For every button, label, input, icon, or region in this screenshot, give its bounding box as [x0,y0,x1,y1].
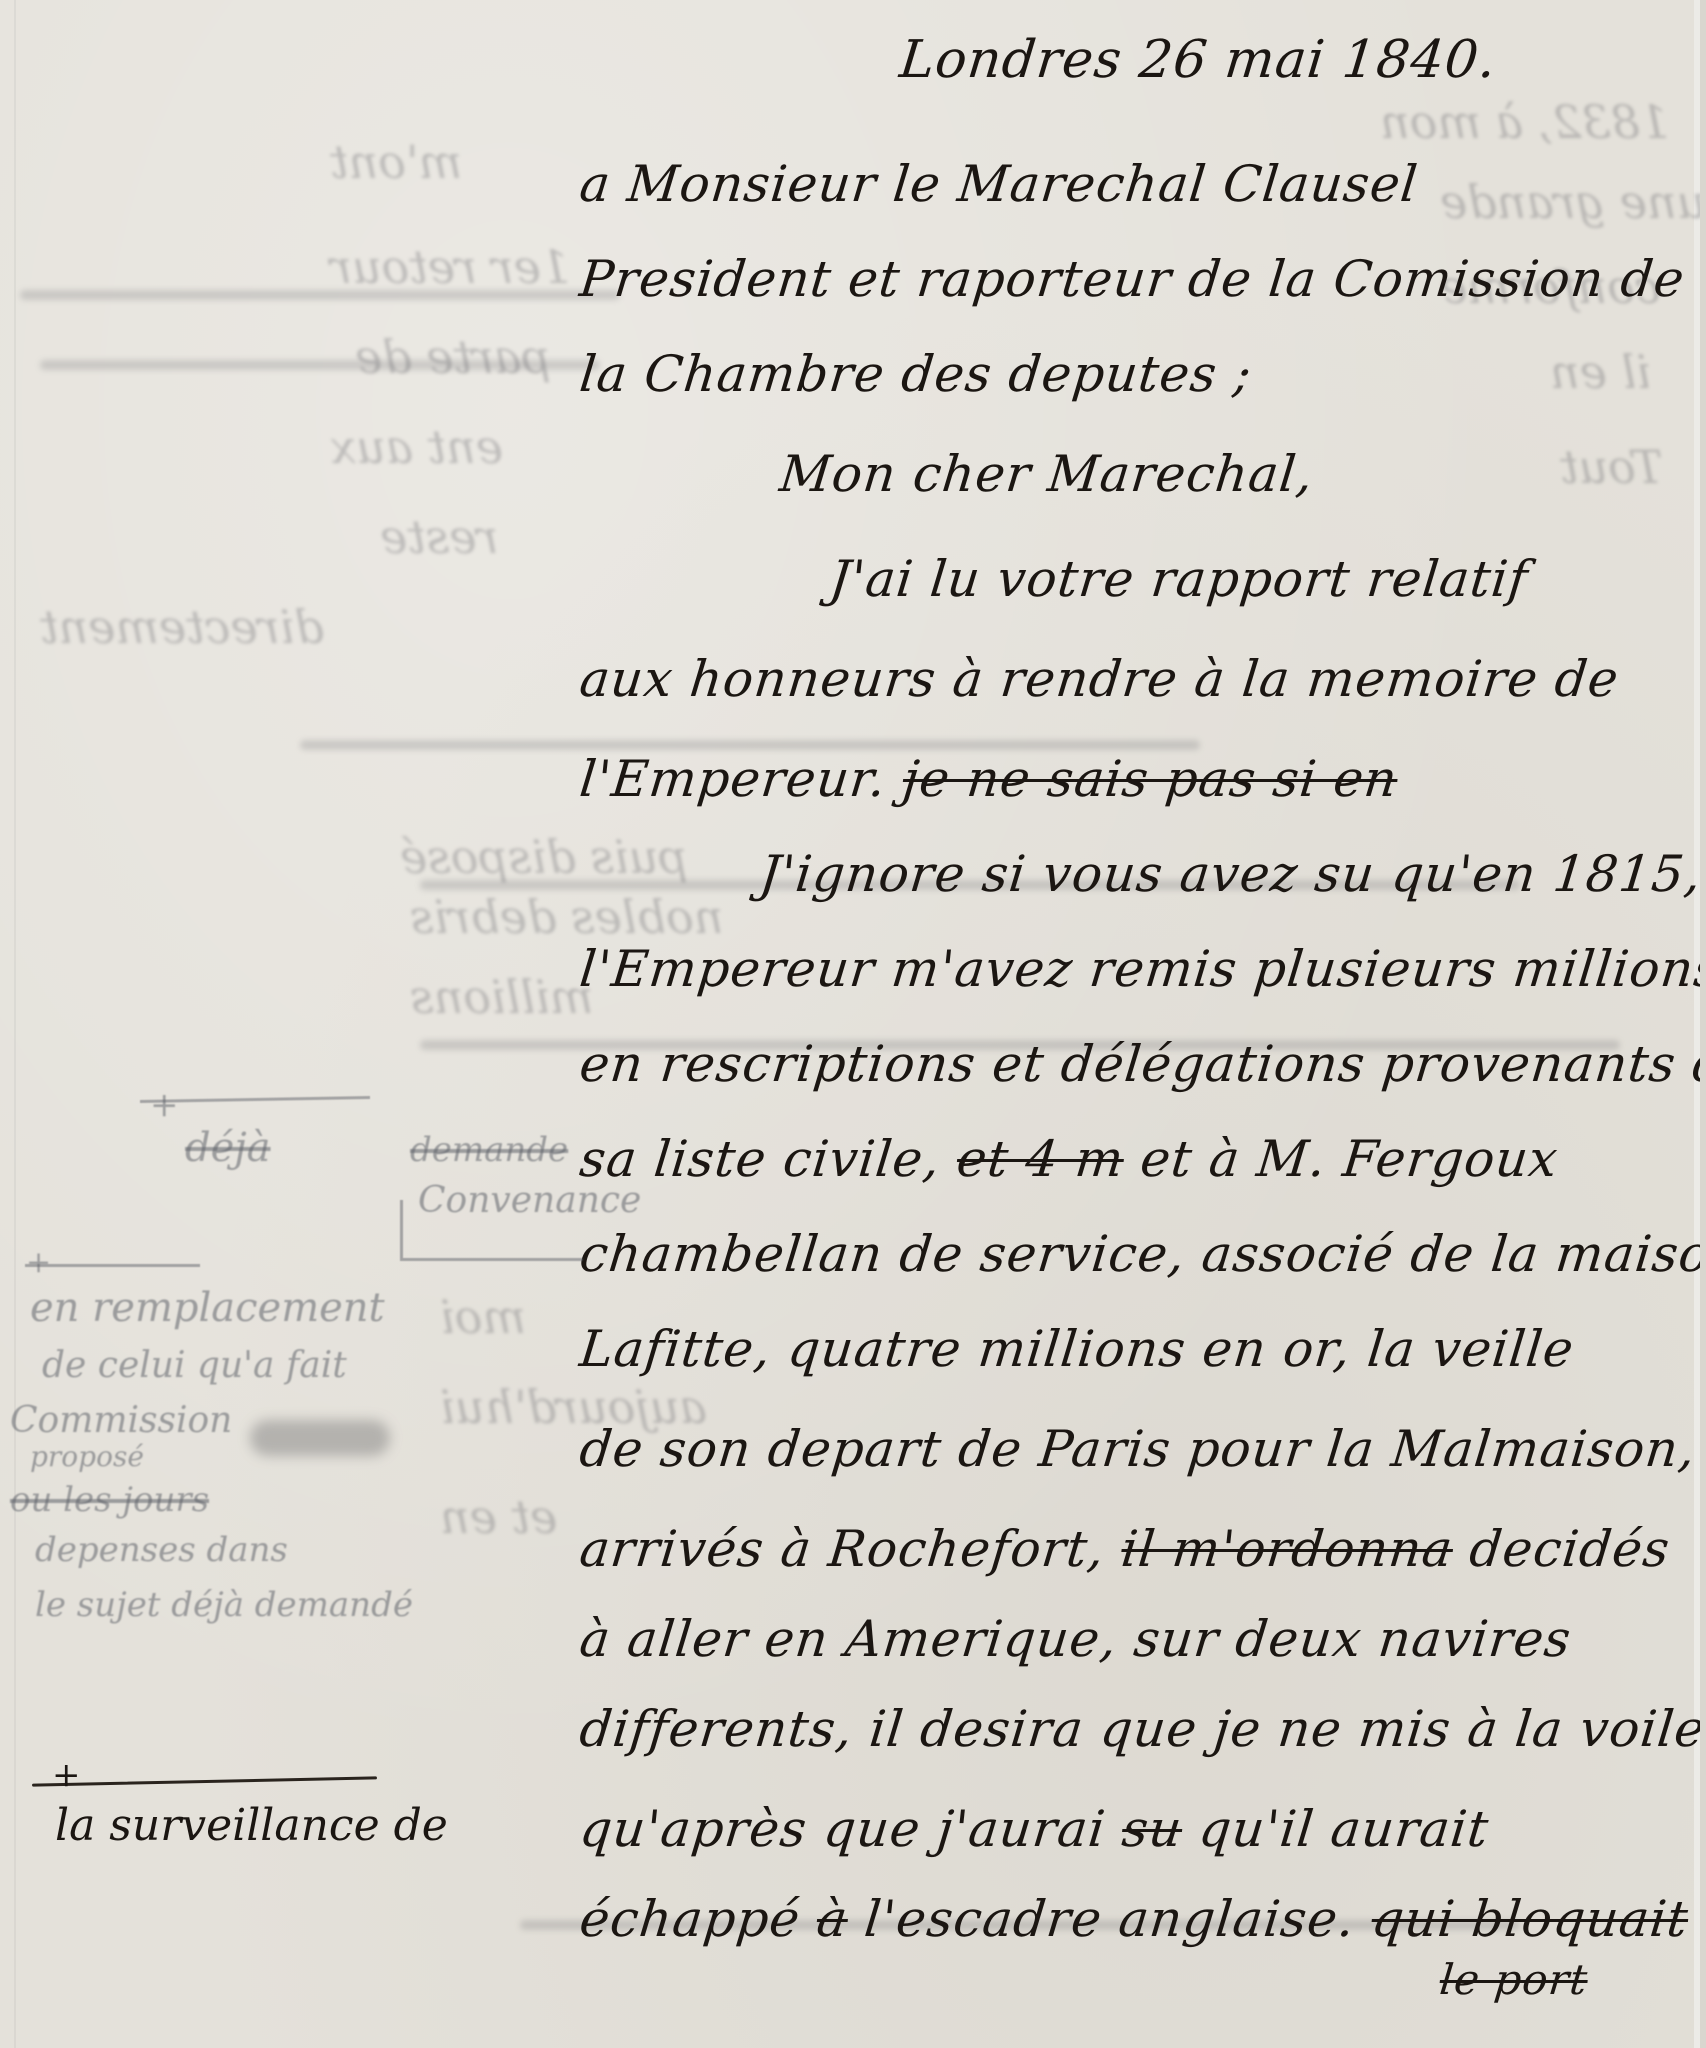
body-line: à aller en Amerique, sur deux navires [577,1610,1574,1668]
struck-text: le port [1437,1955,1590,2004]
body-line: en rescriptions et délégations provenant… [577,1035,1700,1093]
body-line: sa liste civile, et 4 m et à M. Fergoux [577,1130,1561,1188]
body-line: le port [1437,1955,1590,2004]
bleed-strike [40,360,600,370]
page-fold-shadow [14,0,16,2048]
bleed-fragment: il en [1550,345,1651,399]
body-line: aux honneurs à rendre à la memoire de [577,650,1622,708]
bleed-fragment: ent aux [330,420,503,474]
body-line: échappé à l'escadre anglaise. qui bloqua… [577,1890,1691,1948]
body-line: J'ignore si vous avez su qu'en 1815, [757,845,1700,903]
pencil-note: ou les jours [10,1480,209,1520]
pencil-marker: + [26,1245,51,1280]
struck-text: su [1119,1800,1185,1858]
struck-text: et 4 m [954,1130,1127,1188]
bleed-strike [300,740,1200,750]
body-line: qu'après que j'aurai su qu'il aurait [577,1800,1492,1858]
struck-text: qui bloquait [1369,1890,1691,1948]
body-line: Lafitte, quatre millions en or, la veill… [577,1320,1577,1378]
body-line: l'Empereur m'avez remis plusieurs millio… [577,940,1700,998]
ink-margin-note: la surveillance de [55,1800,448,1851]
pencil-note: demande [410,1130,568,1170]
pencil-note: depenses dans [35,1530,288,1570]
body-text: l'Empereur. [577,750,889,808]
ink-smudge [250,1420,390,1456]
body-text: échappé [577,1890,803,1948]
bleed-fragment: directement [40,600,324,654]
pencil-note: le sujet déjà demandé [35,1585,413,1625]
pencil-insertion-rule [25,1264,200,1267]
bleed-fragment: une grande [1440,175,1700,229]
bleed-fragment: 1er retour [330,240,570,294]
pencil-note: en remplacement [30,1285,385,1331]
struck-text: je ne sais pas si en [900,750,1400,808]
bleed-fragment: Tout [1560,440,1663,494]
struck-text: il m'ordonna [1119,1520,1456,1578]
ink-insertion-rule [32,1776,377,1786]
bleed-fragment: reste [380,510,499,564]
address-line: President et raporteur de la Comission d… [577,250,1688,308]
bleed-fragment: nobles debris [410,890,723,944]
body-text: qu'après que j'aurai [577,1800,1109,1858]
body-text: arrivés à Rochefort, [577,1520,1108,1578]
bleed-fragment: parte de [355,330,551,384]
inserted-text: et à M. Fergoux [1138,1130,1561,1188]
dateline: Londres 26 mai 1840. [897,30,1500,90]
bleed-strike [20,290,620,300]
inserted-text: decidés [1467,1520,1673,1578]
address-line: la Chambre des deputes ; [577,345,1255,403]
pencil-note: de celui qu'a fait [42,1345,347,1386]
pencil-note: proposé [30,1440,144,1473]
bleed-fragment: m'ont [330,135,462,189]
body-line: J'ai lu votre rapport relatif [827,550,1531,608]
bleed-fragment: millions [410,970,593,1024]
bleed-fragment: 1832, à mon [1380,95,1669,149]
manuscript-page: m'ont 1er retour parte de ent aux reste … [0,0,1700,2048]
body-text: l'escadre anglaise. [862,1890,1358,1948]
body-line: differents, il desira que je ne mis à la… [577,1700,1700,1758]
pencil-note: déjà [185,1125,271,1171]
body-line: chambellan de service, associé de la mai… [577,1225,1700,1283]
body-line: arrivés à Rochefort, il m'ordonna decidé… [577,1520,1673,1578]
pencil-bracket [400,1200,583,1261]
struck-text: à [814,1890,851,1948]
body-text: qu'il aurait [1196,1800,1492,1858]
bleed-fragment: moi [440,1290,526,1344]
insertion-marker: + [52,1755,81,1795]
salutation: Mon cher Marechal, [777,445,1316,503]
body-line: l'Empereur. je ne sais pas si en [577,750,1401,808]
pencil-marker: + [150,1085,179,1125]
bleed-fragment: puis disposé [400,830,688,884]
address-line: a Monsieur le Marechal Clausel [577,155,1421,213]
pencil-note: Commission [10,1400,232,1441]
body-line: de son depart de Paris pour la Malmaison… [577,1420,1699,1478]
bleed-fragment: et en [440,1490,557,1544]
